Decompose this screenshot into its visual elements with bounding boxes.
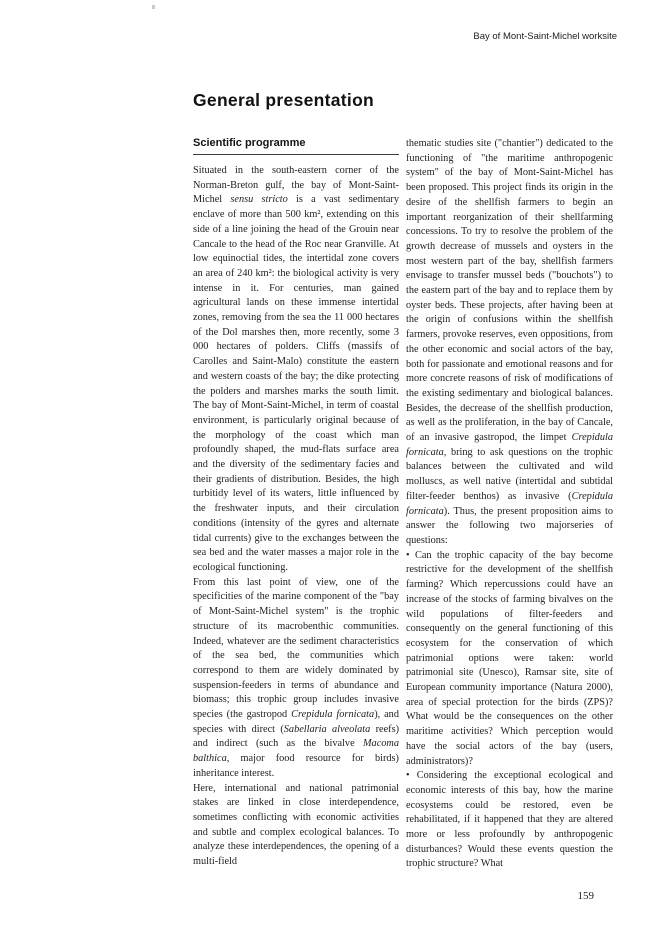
left-column-text: Situated in the south-eastern corner of … — [193, 164, 399, 870]
crop-mark — [152, 5, 155, 9]
page-title: General presentation — [193, 90, 374, 111]
paragraph: • Can the trophic capacity of the bay be… — [406, 549, 613, 770]
section-heading: Scientific programme — [193, 137, 399, 155]
paragraph: Situated in the south-eastern corner of … — [193, 164, 399, 576]
paragraph: Here, international and national patrimo… — [193, 782, 399, 870]
right-column-text: thematic studies site ("chantier") dedic… — [406, 137, 613, 872]
running-header: Bay of Mont-Saint-Michel worksite — [473, 31, 617, 42]
paragraph: From this last point of view, one of the… — [193, 576, 399, 782]
paragraph: thematic studies site ("chantier") dedic… — [406, 137, 613, 549]
right-column: thematic studies site ("chantier") dedic… — [406, 137, 613, 872]
page-number: 159 — [578, 890, 595, 902]
paragraph: • Considering the exceptional ecological… — [406, 769, 613, 872]
left-column: Scientific programme Situated in the sou… — [193, 137, 399, 870]
